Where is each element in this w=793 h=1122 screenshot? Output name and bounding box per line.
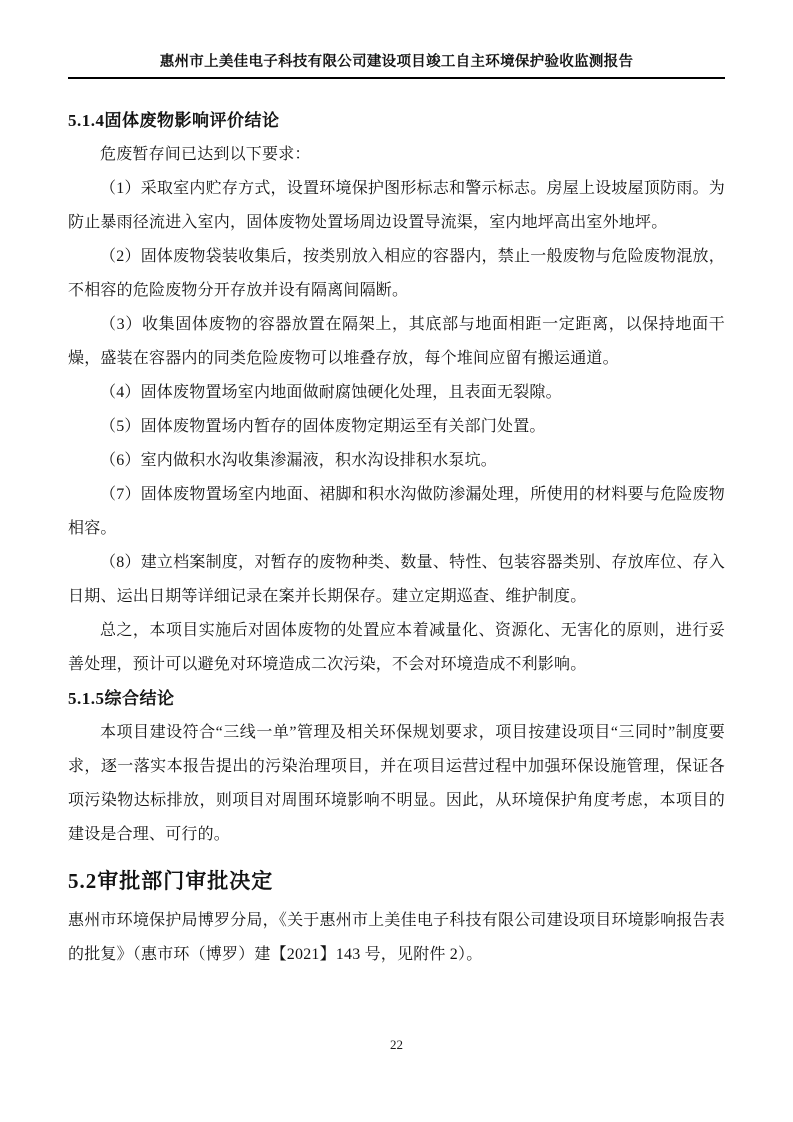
body-paragraph: （5）固体废物置场内暂存的固体废物定期运至有关部门处置。 bbox=[68, 410, 725, 444]
header-rule bbox=[68, 77, 725, 79]
page-number: 22 bbox=[0, 1036, 793, 1054]
body-paragraph: 总之，本项目实施后对固体废物的处置应本着减量化、资源化、无害化的原则，进行妥善处… bbox=[68, 614, 725, 682]
section-heading-5-1-4: 5.1.4固体废物影响评价结论 bbox=[68, 104, 725, 138]
body-paragraph: 本项目建设符合“三线一单”管理及相关环保规划要求，项目按建设项目“三同时”制度要… bbox=[68, 716, 725, 852]
body-paragraph: （2）固体废物袋装收集后，按类别放入相应的容器内，禁止一般废物与危险废物混放，不… bbox=[68, 240, 725, 308]
document-page: 惠州市上美佳电子科技有限公司建设项目竣工自主环境保护验收监测报告 5.1.4固体… bbox=[0, 0, 793, 1122]
section-heading-5-1-5: 5.1.5综合结论 bbox=[68, 682, 725, 716]
body-paragraph: （7）固体废物置场室内地面、裙脚和积水沟做防渗漏处理，所使用的材料要与危险废物相… bbox=[68, 478, 725, 546]
body-paragraph: 危废暂存间已达到以下要求： bbox=[68, 138, 725, 172]
body-paragraph: 惠州市环境保护局博罗分局，《关于惠州市上美佳电子科技有限公司建设项目环境影响报告… bbox=[68, 904, 725, 972]
body-paragraph: （8）建立档案制度，对暂存的废物种类、数量、特性、包装容器类别、存放库位、存入日… bbox=[68, 546, 725, 614]
body-paragraph: （1）采取室内贮存方式，设置环境保护图形标志和警示标志。房屋上设坡屋顶防雨。为防… bbox=[68, 172, 725, 240]
section-heading-5-2: 5.2审批部门审批决定 bbox=[68, 861, 725, 901]
body-paragraph: （3）收集固体废物的容器放置在隔架上，其底部与地面相距一定距离，以保持地面干燥，… bbox=[68, 308, 725, 376]
running-header: 惠州市上美佳电子科技有限公司建设项目竣工自主环境保护验收监测报告 bbox=[68, 52, 725, 72]
body-paragraph: （4）固体废物置场室内地面做耐腐蚀硬化处理，且表面无裂隙。 bbox=[68, 376, 725, 410]
body-paragraph: （6）室内做积水沟收集渗漏液，积水沟设排积水泵坑。 bbox=[68, 444, 725, 478]
